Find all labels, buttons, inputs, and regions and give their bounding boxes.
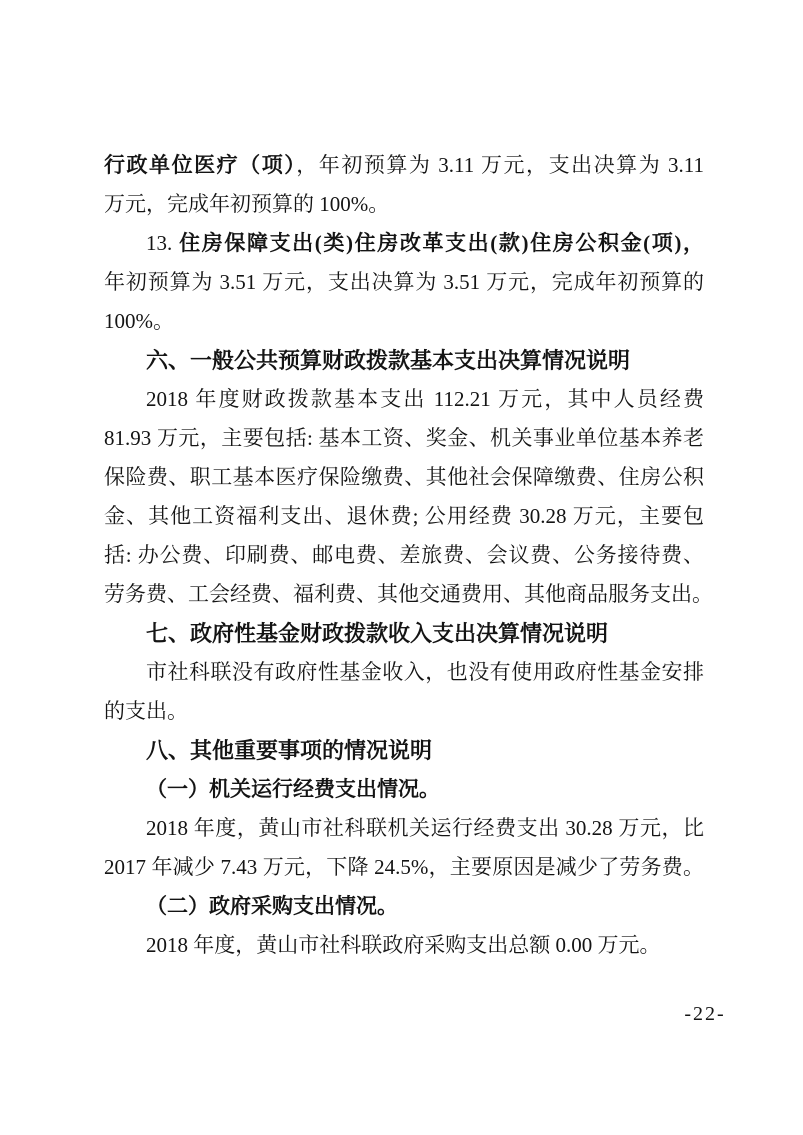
text-line: 劳务费、工会经费、福利费、其他交通费用、其他商品服务支出。 — [104, 575, 704, 614]
text-line: 2018 年度，黄山市社科联政府采购支出总额 0.00 万元。 — [104, 926, 704, 965]
text-line: 金、其他工资福利支出、退休费; 公用经费 30.28 万元，主要包 — [104, 497, 704, 536]
page-number: -22- — [650, 1000, 760, 1028]
text-line: 的支出。 — [104, 692, 704, 731]
text-line: 括: 办公费、印刷费、邮电费、差旅费、会议费、公务接待费、 — [104, 536, 704, 575]
subheading-2-government-procurement: （二）政府采购支出情况。 — [104, 887, 704, 926]
text-line: 2018 年度财政拨款基本支出 112.21 万元，其中人员经费 — [104, 380, 704, 419]
heading-section-8: 八、其他重要事项的情况说明 — [104, 731, 704, 770]
text-line: 年初预算为 3.51 万元，支出决算为 3.51 万元，完成年初预算的 — [104, 263, 704, 302]
document-page: 行政单位医疗（项），年初预算为 3.11 万元，支出决算为 3.11 万元，完成… — [0, 0, 803, 1135]
heading-section-7: 七、政府性基金财政拨款收入支出决算情况说明 — [104, 614, 704, 653]
text-line: 100%。 — [104, 302, 704, 341]
item-number: 13. — [146, 231, 179, 255]
subheading-1-agency-operating-costs: （一）机关运行经费支出情况。 — [104, 770, 704, 809]
text-line: 市社科联没有政府性基金收入，也没有使用政府性基金安排 — [104, 653, 704, 692]
text-run: ，年初预算为 3.11 万元，支出决算为 3.11 — [296, 153, 704, 177]
inline-heading-admin-medical: 行政单位医疗（项） — [104, 153, 296, 177]
document-body: 行政单位医疗（项），年初预算为 3.11 万元，支出决算为 3.11 万元，完成… — [104, 146, 704, 965]
heading-section-6: 六、一般公共预算财政拨款基本支出决算情况说明 — [104, 341, 704, 380]
inline-heading-housing: 住房保障支出(类)住房改革支出(款)住房公积金(项)， — [179, 231, 704, 255]
text-line: 81.93 万元，主要包括: 基本工资、奖金、机关事业单位基本养老 — [104, 419, 704, 458]
text-line: 2017 年减少 7.43 万元，下降 24.5%，主要原因是减少了劳务费。 — [104, 848, 704, 887]
text-line: 保险费、职工基本医疗保险缴费、其他社会保障缴费、住房公积 — [104, 458, 704, 497]
item-13-heading: 13. 住房保障支出(类)住房改革支出(款)住房公积金(项)， — [104, 224, 704, 263]
text-line: 万元，完成年初预算的 100%。 — [104, 185, 704, 224]
text-line: 2018 年度，黄山市社科联机关运行经费支出 30.28 万元，比 — [104, 809, 704, 848]
text-line-admin-medical: 行政单位医疗（项），年初预算为 3.11 万元，支出决算为 3.11 — [104, 146, 704, 185]
